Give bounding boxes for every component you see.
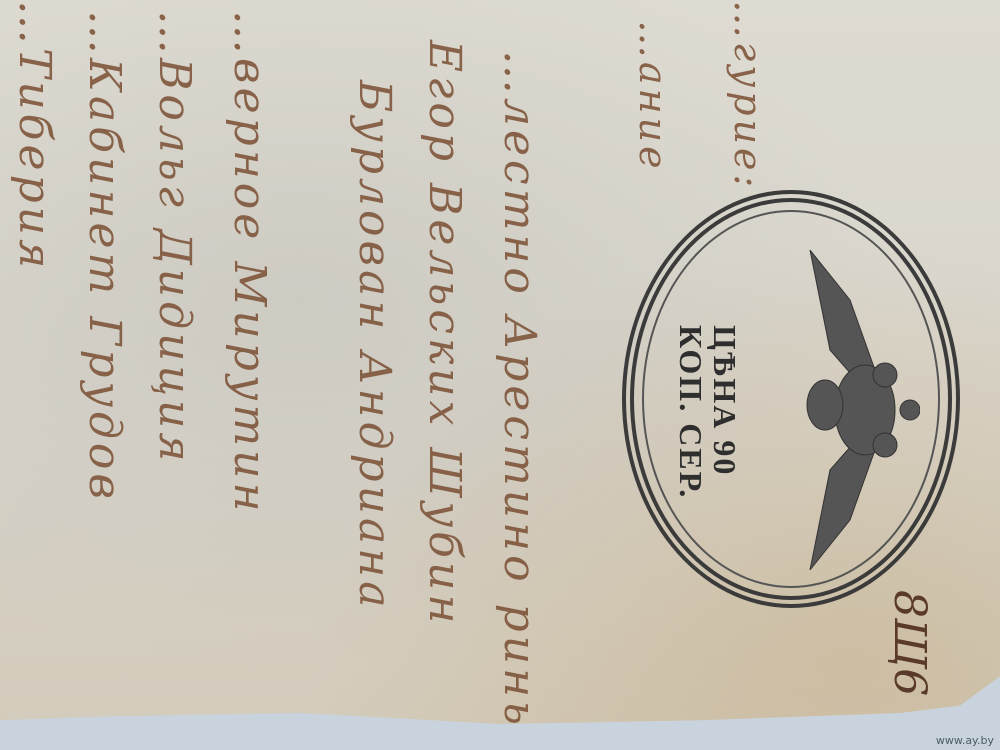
handwriting-line: …Кабинет Грудов: [79, 10, 130, 503]
handwriting-line: …гурие:: [726, 0, 770, 191]
stamp-price-line: ЦѢНА 90: [708, 325, 742, 476]
handwriting-line: Егор Вельских Шубин: [419, 40, 470, 627]
handwritten-number: 8Щ6: [884, 590, 935, 696]
double-headed-eagle-icon: [770, 240, 920, 580]
handwriting-line: …Тиберия: [9, 0, 60, 272]
handwriting-line: …верное Мирутин: [224, 10, 275, 515]
watermark: www.ay.by: [936, 734, 994, 747]
handwriting-line: …Вольг Дидиция: [149, 10, 200, 466]
handwriting-line: …лестно Арестино ринь: [494, 50, 545, 729]
stamp-currency-line: КОП. СЕР.: [674, 325, 708, 499]
handwriting-line: …ание: [631, 20, 675, 173]
handwriting-line: Бурлован Андриана: [349, 80, 400, 611]
